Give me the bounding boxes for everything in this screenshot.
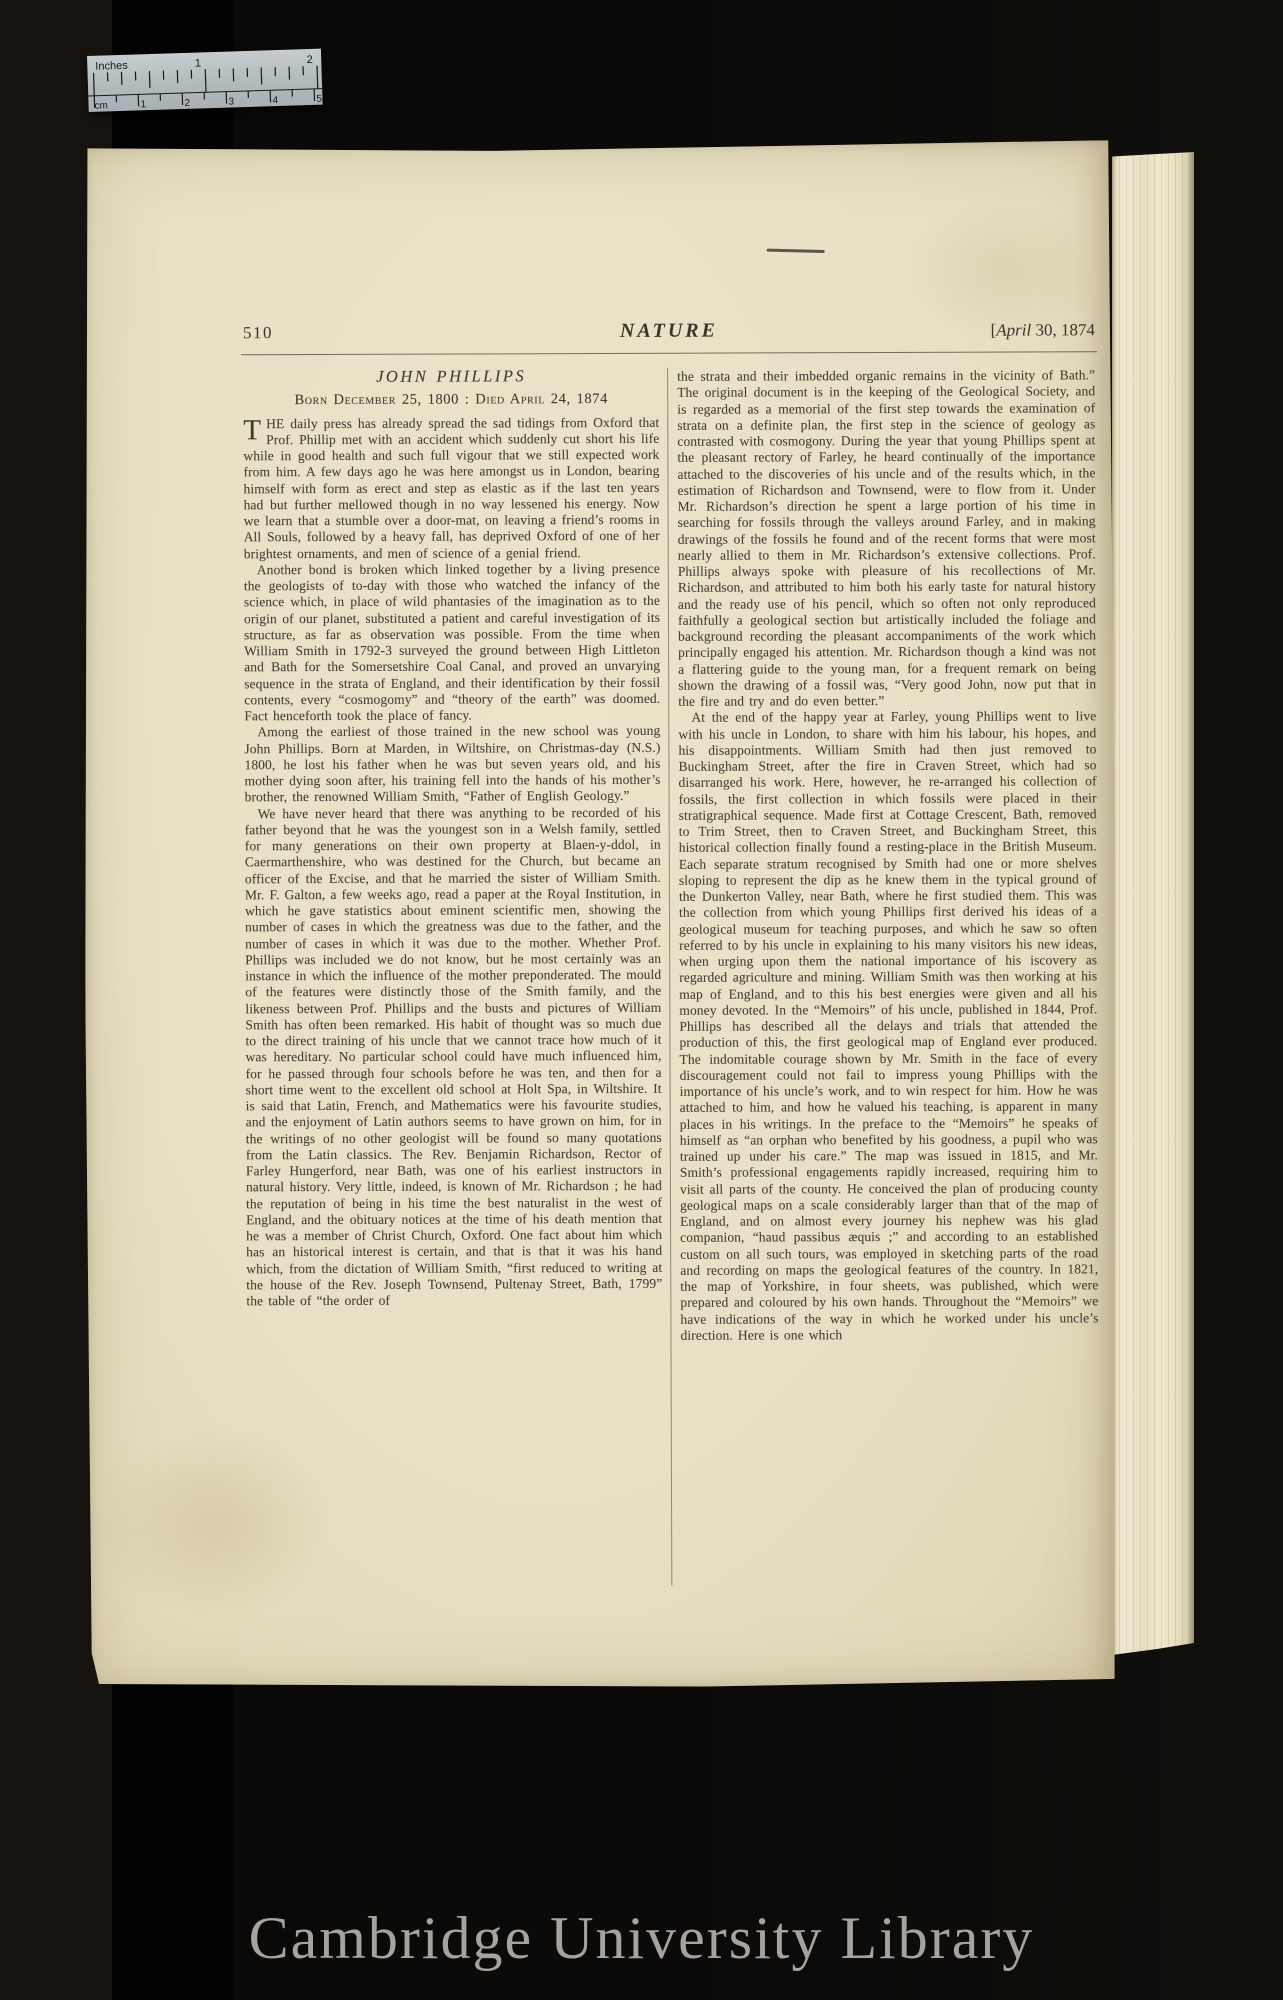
issue-date: [April 30, 1874: [991, 320, 1095, 340]
ruler-number: 3: [228, 96, 234, 107]
paragraph-opening: THE daily press has already spread the s…: [243, 414, 660, 562]
issue-date-month: April: [996, 320, 1031, 339]
ruler-scale-graphic: Inches cm 1212345: [87, 49, 323, 112]
article-column-left: JOHN PHILLIPS Born December 25, 1800 : D…: [243, 366, 662, 1310]
journal-title: NATURE: [620, 320, 718, 343]
ruler-inches-label: Inches: [95, 60, 128, 73]
ruler-number: 1: [140, 99, 146, 110]
measurement-ruler: Inches cm 1212345: [87, 49, 323, 112]
article-title: JOHN PHILLIPS: [243, 368, 659, 386]
ruler-number: 1: [195, 57, 201, 69]
scanned-page-scene: Inches cm 1212345 510 NATURE [April 30, …: [0, 0, 1283, 2000]
article-columns: JOHN PHILLIPS Born December 25, 1800 : D…: [243, 364, 1099, 1593]
article-subtitle: Born December 25, 1800 : Died April 24, …: [243, 391, 659, 409]
ruler-tick: [88, 89, 322, 96]
header-rule: [241, 351, 1097, 355]
ruler-tick: [261, 68, 262, 85]
ruler-tick: [205, 69, 206, 92]
ruler-tick: [94, 73, 95, 96]
library-watermark: Cambridge University Library: [0, 1904, 1283, 1973]
paragraph: Another bond is broken which linked toge…: [244, 561, 661, 725]
ruler-tick: [317, 66, 318, 89]
paragraph: Among the earliest of those trained in t…: [244, 723, 660, 806]
paragraph-opening-text: HE daily press has already spread the sa…: [243, 414, 659, 560]
ruler-tick: [149, 71, 150, 88]
ruler-number: 4: [272, 95, 278, 106]
paragraph: We have never heard that there was anyth…: [245, 804, 663, 1309]
drop-cap: T: [243, 416, 266, 443]
ruler-number: 2: [307, 54, 313, 66]
ruler-number: 2: [184, 98, 190, 109]
column-divider-rule: [667, 368, 672, 1586]
paragraph: the strata and their imbedded organic re…: [677, 367, 1096, 710]
ink-smudge: [767, 249, 825, 253]
journal-page: 510 NATURE [April 30, 1874 JOHN PHILLIPS…: [82, 140, 1117, 1692]
book-fore-edge-pages: [1112, 152, 1194, 1658]
article-column-right: the strata and their imbedded organic re…: [677, 367, 1098, 1343]
page-header: 510 NATURE [April 30, 1874: [243, 320, 1095, 349]
ruler-number: 5: [316, 94, 322, 105]
ruler-cm-label: cm: [94, 100, 108, 111]
page-number: 510: [243, 323, 273, 343]
paragraph: At the end of the happy year at Farley, …: [678, 709, 1098, 1344]
issue-date-rest: 30, 1874: [1035, 320, 1095, 339]
